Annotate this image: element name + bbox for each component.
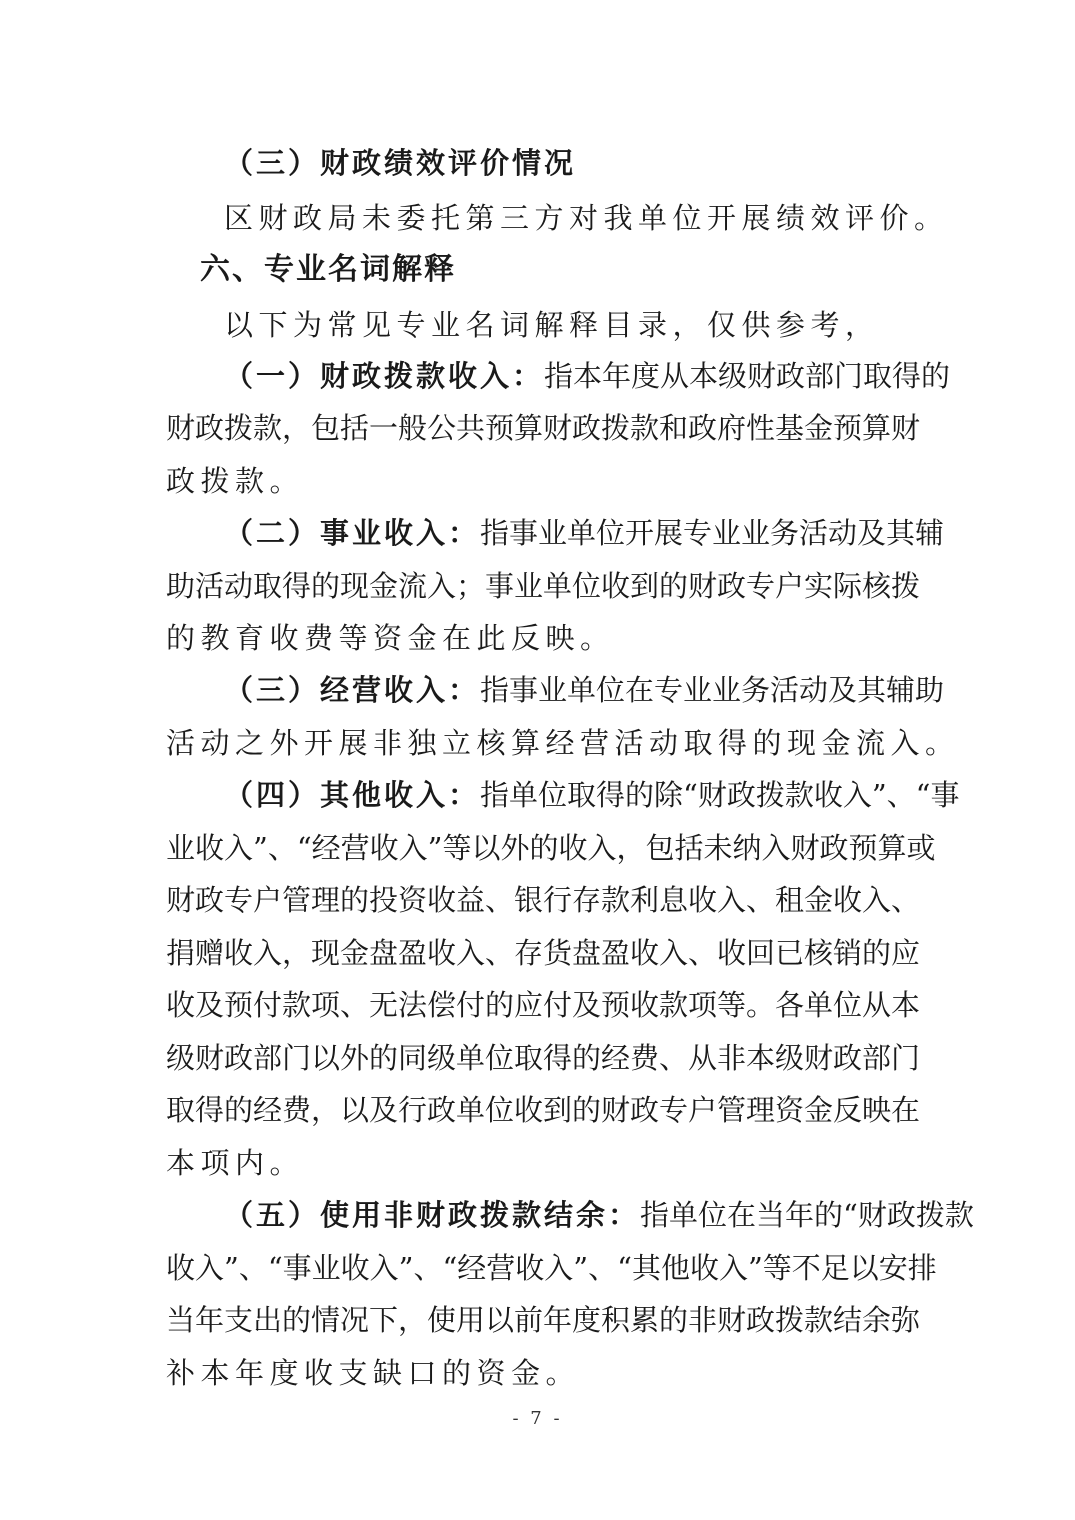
glossary-line: 捐赠收入，现金盘盈收入、存货盘盈收入、收回已核销的应 — [166, 933, 914, 973]
section-heading-glossary: 六、专业名词解释 — [200, 250, 456, 290]
glossary-line: 补本年度收支缺口的资金。 — [166, 1353, 914, 1393]
glossary-term: （五）使用非财政拨款结余： — [224, 1198, 640, 1232]
glossary-line: 财政专户管理的投资收益、银行存款利息收入、租金收入、 — [166, 880, 914, 920]
glossary-intro: 以下为常见专业名词解释目录，仅供参考， — [224, 305, 972, 345]
paragraph-performance-evaluation: 区财政局未委托第三方对我单位开展绩效评价。 — [224, 198, 972, 238]
glossary-item-fiscal-appropriation: （一）财政拨款收入：指本年度从本级财政部门取得的 — [224, 356, 914, 396]
glossary-line: 财政拨款，包括一般公共预算财政拨款和政府性基金预算财 — [166, 408, 914, 448]
glossary-line: 收及预付款项、无法偿付的应付及预收款项等。各单位从本 — [166, 985, 914, 1025]
glossary-line: 助活动取得的现金流入；事业单位收到的财政专户实际核拨 — [166, 566, 914, 606]
glossary-line: 级财政部门以外的同级单位取得的经费、从非本级财政部门 — [166, 1038, 914, 1078]
glossary-definition: 指事业单位开展专业业务活动及其辅 — [480, 516, 944, 550]
glossary-term: （四）其他收入： — [224, 778, 480, 812]
glossary-line: 政拨款。 — [166, 461, 914, 501]
glossary-line: 本项内。 — [166, 1143, 914, 1183]
glossary-line: 当年支出的情况下，使用以前年度积累的非财政拨款结余弥 — [166, 1300, 914, 1340]
glossary-item-operating-income: （三）经营收入：指事业单位在专业业务活动及其辅助 — [224, 670, 914, 710]
glossary-line: 业收入”、“经营收入”等以外的收入，包括未纳入财政预算或 — [166, 828, 914, 868]
glossary-line: 收入”、“事业收入”、“经营收入”、“其他收入”等不足以安排 — [166, 1248, 914, 1288]
glossary-definition: 指事业单位在专业业务活动及其辅助 — [480, 673, 944, 707]
glossary-item-other-income: （四）其他收入：指单位取得的除“财政拨款收入”、“事 — [224, 775, 914, 815]
glossary-line: 的教育收费等资金在此反映。 — [166, 618, 914, 658]
glossary-definition: 指单位取得的除“财政拨款收入”、“事 — [480, 778, 959, 812]
glossary-line: 活动之外开展非独立核算经营活动取得的现金流入。 — [166, 723, 914, 763]
document-page: （三）财政绩效评价情况 区财政局未委托第三方对我单位开展绩效评价。 六、专业名词… — [0, 0, 1075, 1520]
glossary-item-business-income: （二）事业收入：指事业单位开展专业业务活动及其辅 — [224, 513, 914, 553]
section-heading-performance-evaluation: （三）财政绩效评价情况 — [224, 143, 972, 183]
glossary-term: （一）财政拨款收入： — [224, 359, 544, 393]
page-number: - 7 - — [0, 1408, 1075, 1429]
glossary-item-non-fiscal-balance: （五）使用非财政拨款结余：指单位在当年的“财政拨款 — [224, 1195, 914, 1235]
glossary-definition: 指本年度从本级财政部门取得的 — [544, 359, 950, 393]
glossary-term: （二）事业收入： — [224, 516, 480, 550]
glossary-definition: 指单位在当年的“财政拨款 — [640, 1198, 974, 1232]
glossary-term: （三）经营收入： — [224, 673, 480, 707]
glossary-line: 取得的经费，以及行政单位收到的财政专户管理资金反映在 — [166, 1090, 914, 1130]
